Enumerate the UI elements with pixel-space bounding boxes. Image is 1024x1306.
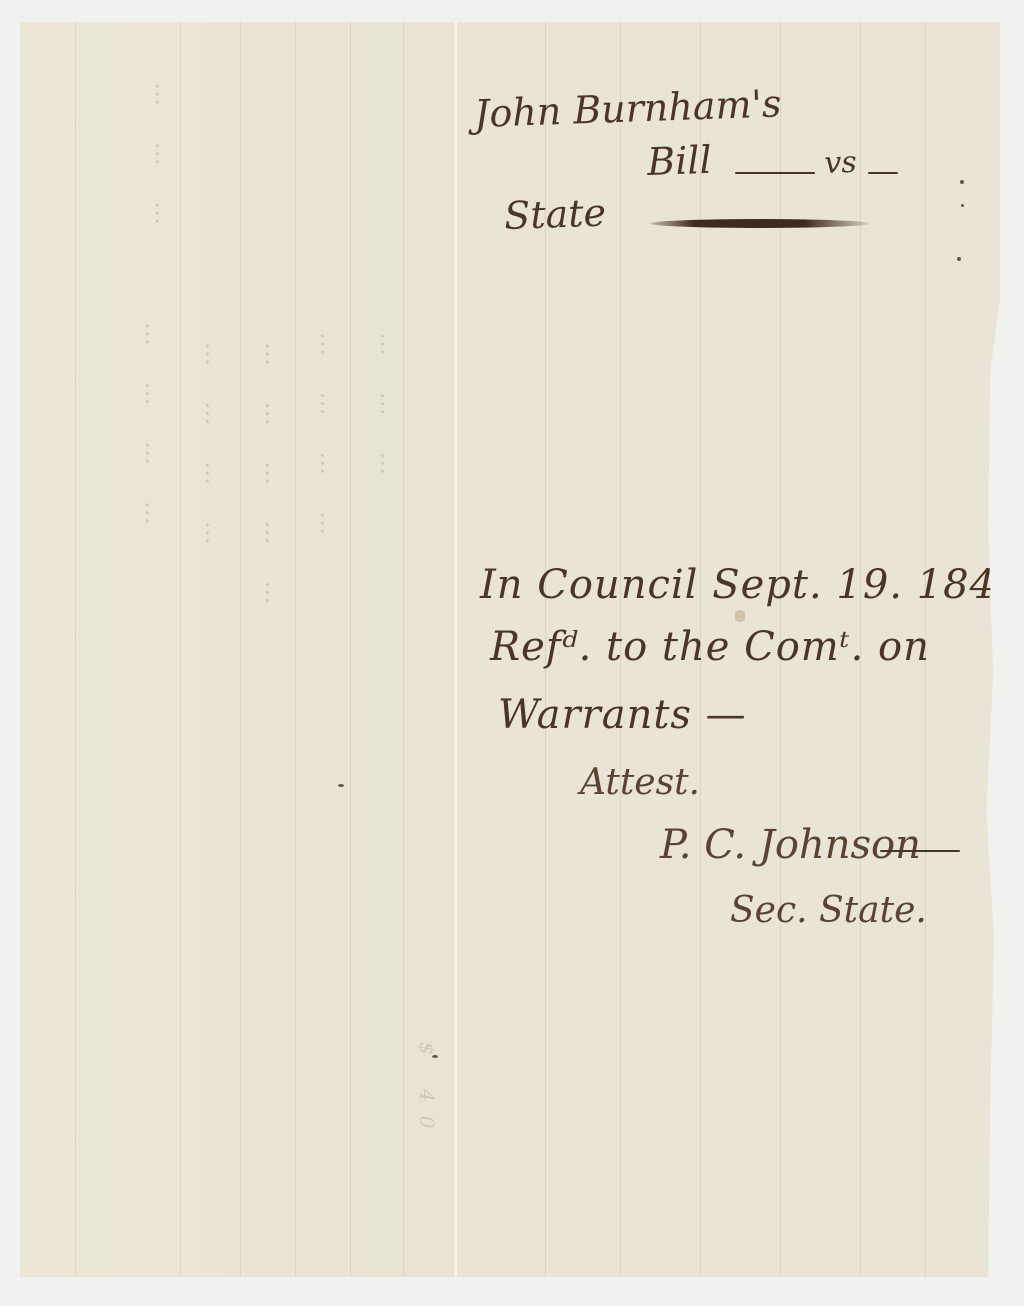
bleed-through-column: … … … [150,82,178,239]
ink-speck [432,1055,438,1058]
signatory-title: Sec. State. [730,890,927,931]
signature-tail-stroke [880,850,960,852]
council-warrants-line: Warrants — [498,692,747,738]
paper-stain [735,610,745,622]
ruling-line [295,22,296,1277]
ruling-line [350,22,351,1277]
bleed-through-column: … … … … [140,322,168,539]
dash-stroke [735,172,815,174]
council-referral-line: Refᵈ. to the Comᵗ. on [490,624,930,670]
reverse-fold-panel [20,22,455,1277]
bleed-through-column: … … … … [200,342,228,559]
endorsement-state: State [503,190,606,238]
endorsement-name: John Burnham's [473,81,782,136]
ink-speck [338,784,344,787]
dash-stroke [868,172,898,174]
flourish-stroke [650,219,870,228]
center-fold [453,22,459,1277]
ruling-line [75,22,76,1277]
ruling-line [180,22,181,1277]
ink-speck [961,204,964,207]
attest-label: Attest. [580,762,700,803]
council-date-line: In Council Sept. 19. 1840. [480,562,1000,608]
bleed-through-column: … … … [375,332,403,489]
signature: P. C. Johnson [660,822,921,868]
document-sheet: … … … … … … … … … … … … … … … … … … … … … [20,22,1000,1277]
ink-speck [957,257,961,261]
endorsement-bill: Bill [646,138,712,184]
ruling-line [403,22,404,1277]
bleed-through-column: … … … … … [260,342,288,619]
ruling-line [240,22,241,1277]
ink-speck [960,180,964,184]
endorsement-vs: vs [824,145,858,181]
bleed-through-column: … … … … [315,332,343,549]
